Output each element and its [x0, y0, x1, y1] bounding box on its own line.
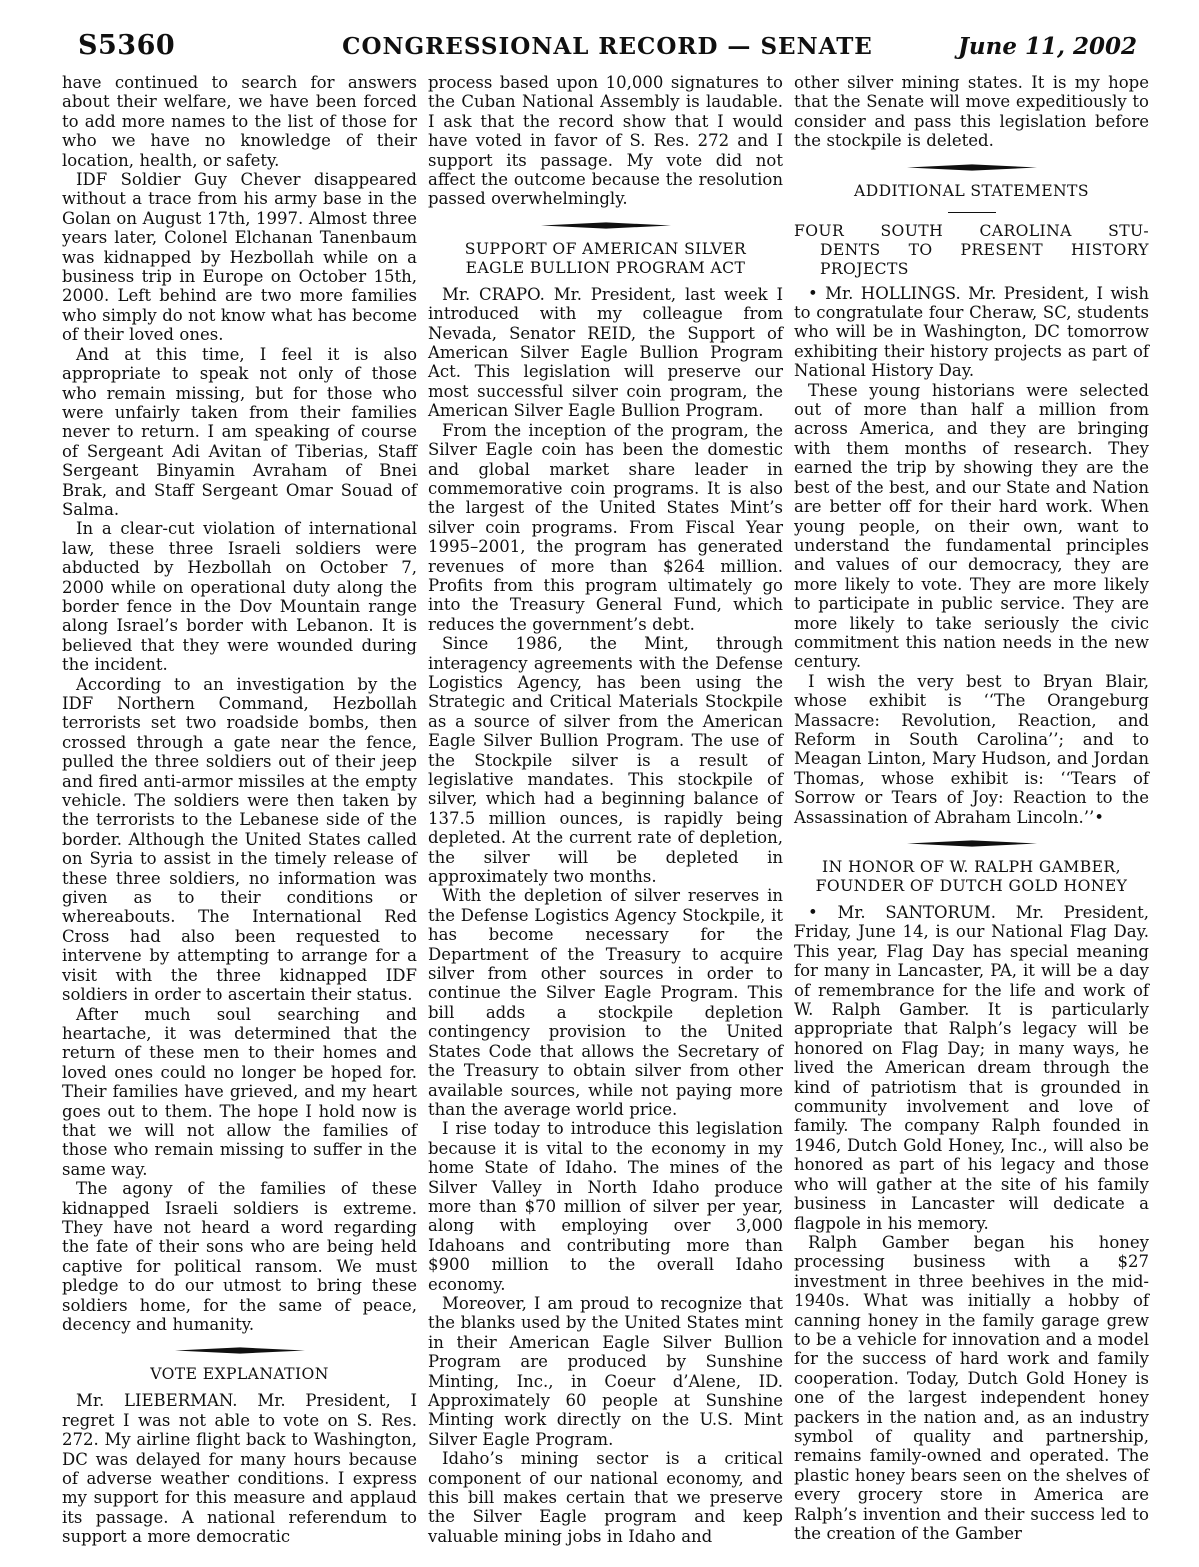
paragraph: In a clear-cut violation of internationa…	[62, 519, 417, 674]
heading-line: PROJECTS	[794, 260, 1149, 279]
swelled-rule-icon	[541, 222, 671, 229]
heading-line: EAGLE BULLION PROGRAM ACT	[428, 259, 783, 278]
paragraph: According to an investigation by the IDF…	[62, 675, 417, 1005]
paragraph: Mr. LIEBERMAN. Mr. President, I regret I…	[62, 1391, 417, 1546]
paragraph: And at this time, I feel it is also appr…	[62, 345, 417, 520]
heading-line: ADDITIONAL STATEMENTS	[794, 182, 1149, 201]
text-columns: have continued to search for answers abo…	[62, 73, 1149, 1547]
paragraph: • Mr. HOLLINGS. Mr. President, I wish to…	[794, 284, 1149, 381]
swelled-rule-divider	[428, 222, 783, 229]
page-number: S5360	[78, 30, 342, 61]
paragraph: These young historians were selected out…	[794, 381, 1149, 672]
paragraph: I rise today to introduce this legislati…	[428, 1119, 783, 1294]
short-rule-divider	[794, 212, 1149, 213]
column-2: process based upon 10,000 signatures to …	[428, 73, 783, 1547]
swelled-rule-divider	[794, 840, 1149, 847]
paragraph: Idaho’s mining sector is a critical comp…	[428, 1449, 783, 1546]
heading-line: IN HONOR OF W. RALPH GAMBER,	[794, 858, 1149, 877]
paragraph: • Mr. SANTORUM. Mr. President, Friday, J…	[794, 903, 1149, 1233]
swelled-rule-divider	[794, 164, 1149, 171]
heading-line: SUPPORT OF AMERICAN SILVER	[428, 240, 783, 259]
paragraph: other silver mining states. It is my hop…	[794, 73, 1149, 151]
heading-line: FOUR SOUTH CAROLINA STU-	[794, 222, 1149, 241]
page-date: June 11, 2002	[873, 33, 1137, 60]
column-1: have continued to search for answers abo…	[62, 73, 417, 1547]
heading-line: VOTE EXPLANATION	[62, 1365, 417, 1384]
swelled-rule-icon	[907, 840, 1037, 847]
swelled-rule-icon	[175, 1347, 305, 1354]
section-heading: FOUR SOUTH CAROLINA STU-DENTS TO PRESENT…	[794, 222, 1149, 279]
heading-line: DENTS TO PRESENT HISTORY	[794, 241, 1149, 260]
paragraph: Since 1986, the Mint, through interagenc…	[428, 634, 783, 886]
section-heading: IN HONOR OF W. RALPH GAMBER,FOUNDER OF D…	[794, 858, 1149, 896]
heading-line: FOUNDER OF DUTCH GOLD HONEY	[794, 877, 1149, 896]
section-heading: VOTE EXPLANATION	[62, 1365, 417, 1384]
short-rule-line	[948, 212, 996, 213]
paragraph: Ralph Gamber began his honey processing …	[794, 1233, 1149, 1544]
paragraph: have continued to search for answers abo…	[62, 73, 417, 170]
paragraph: With the depletion of silver reserves in…	[428, 886, 783, 1119]
paragraph: I wish the very best to Bryan Blair, who…	[794, 672, 1149, 827]
page-title: CONGRESSIONAL RECORD — SENATE	[342, 33, 873, 60]
paragraph: From the inception of the program, the S…	[428, 421, 783, 634]
swelled-rule-divider	[62, 1347, 417, 1354]
paragraph: Moreover, I am proud to recognize that t…	[428, 1294, 783, 1449]
page-header: S5360 CONGRESSIONAL RECORD — SENATE June…	[62, 30, 1149, 61]
column-3: other silver mining states. It is my hop…	[794, 73, 1149, 1547]
paragraph: process based upon 10,000 signatures to …	[428, 73, 783, 209]
paragraph: The agony of the families of these kidna…	[62, 1179, 417, 1334]
paragraph: Mr. CRAPO. Mr. President, last week I in…	[428, 285, 783, 421]
congressional-record-page: S5360 CONGRESSIONAL RECORD — SENATE June…	[0, 0, 1199, 1567]
paragraph: IDF Soldier Guy Chever disappeared witho…	[62, 170, 417, 345]
section-heading: SUPPORT OF AMERICAN SILVEREAGLE BULLION …	[428, 240, 783, 278]
swelled-rule-icon	[907, 164, 1037, 171]
paragraph: After much soul searching and heartache,…	[62, 1005, 417, 1180]
section-heading: ADDITIONAL STATEMENTS	[794, 182, 1149, 201]
